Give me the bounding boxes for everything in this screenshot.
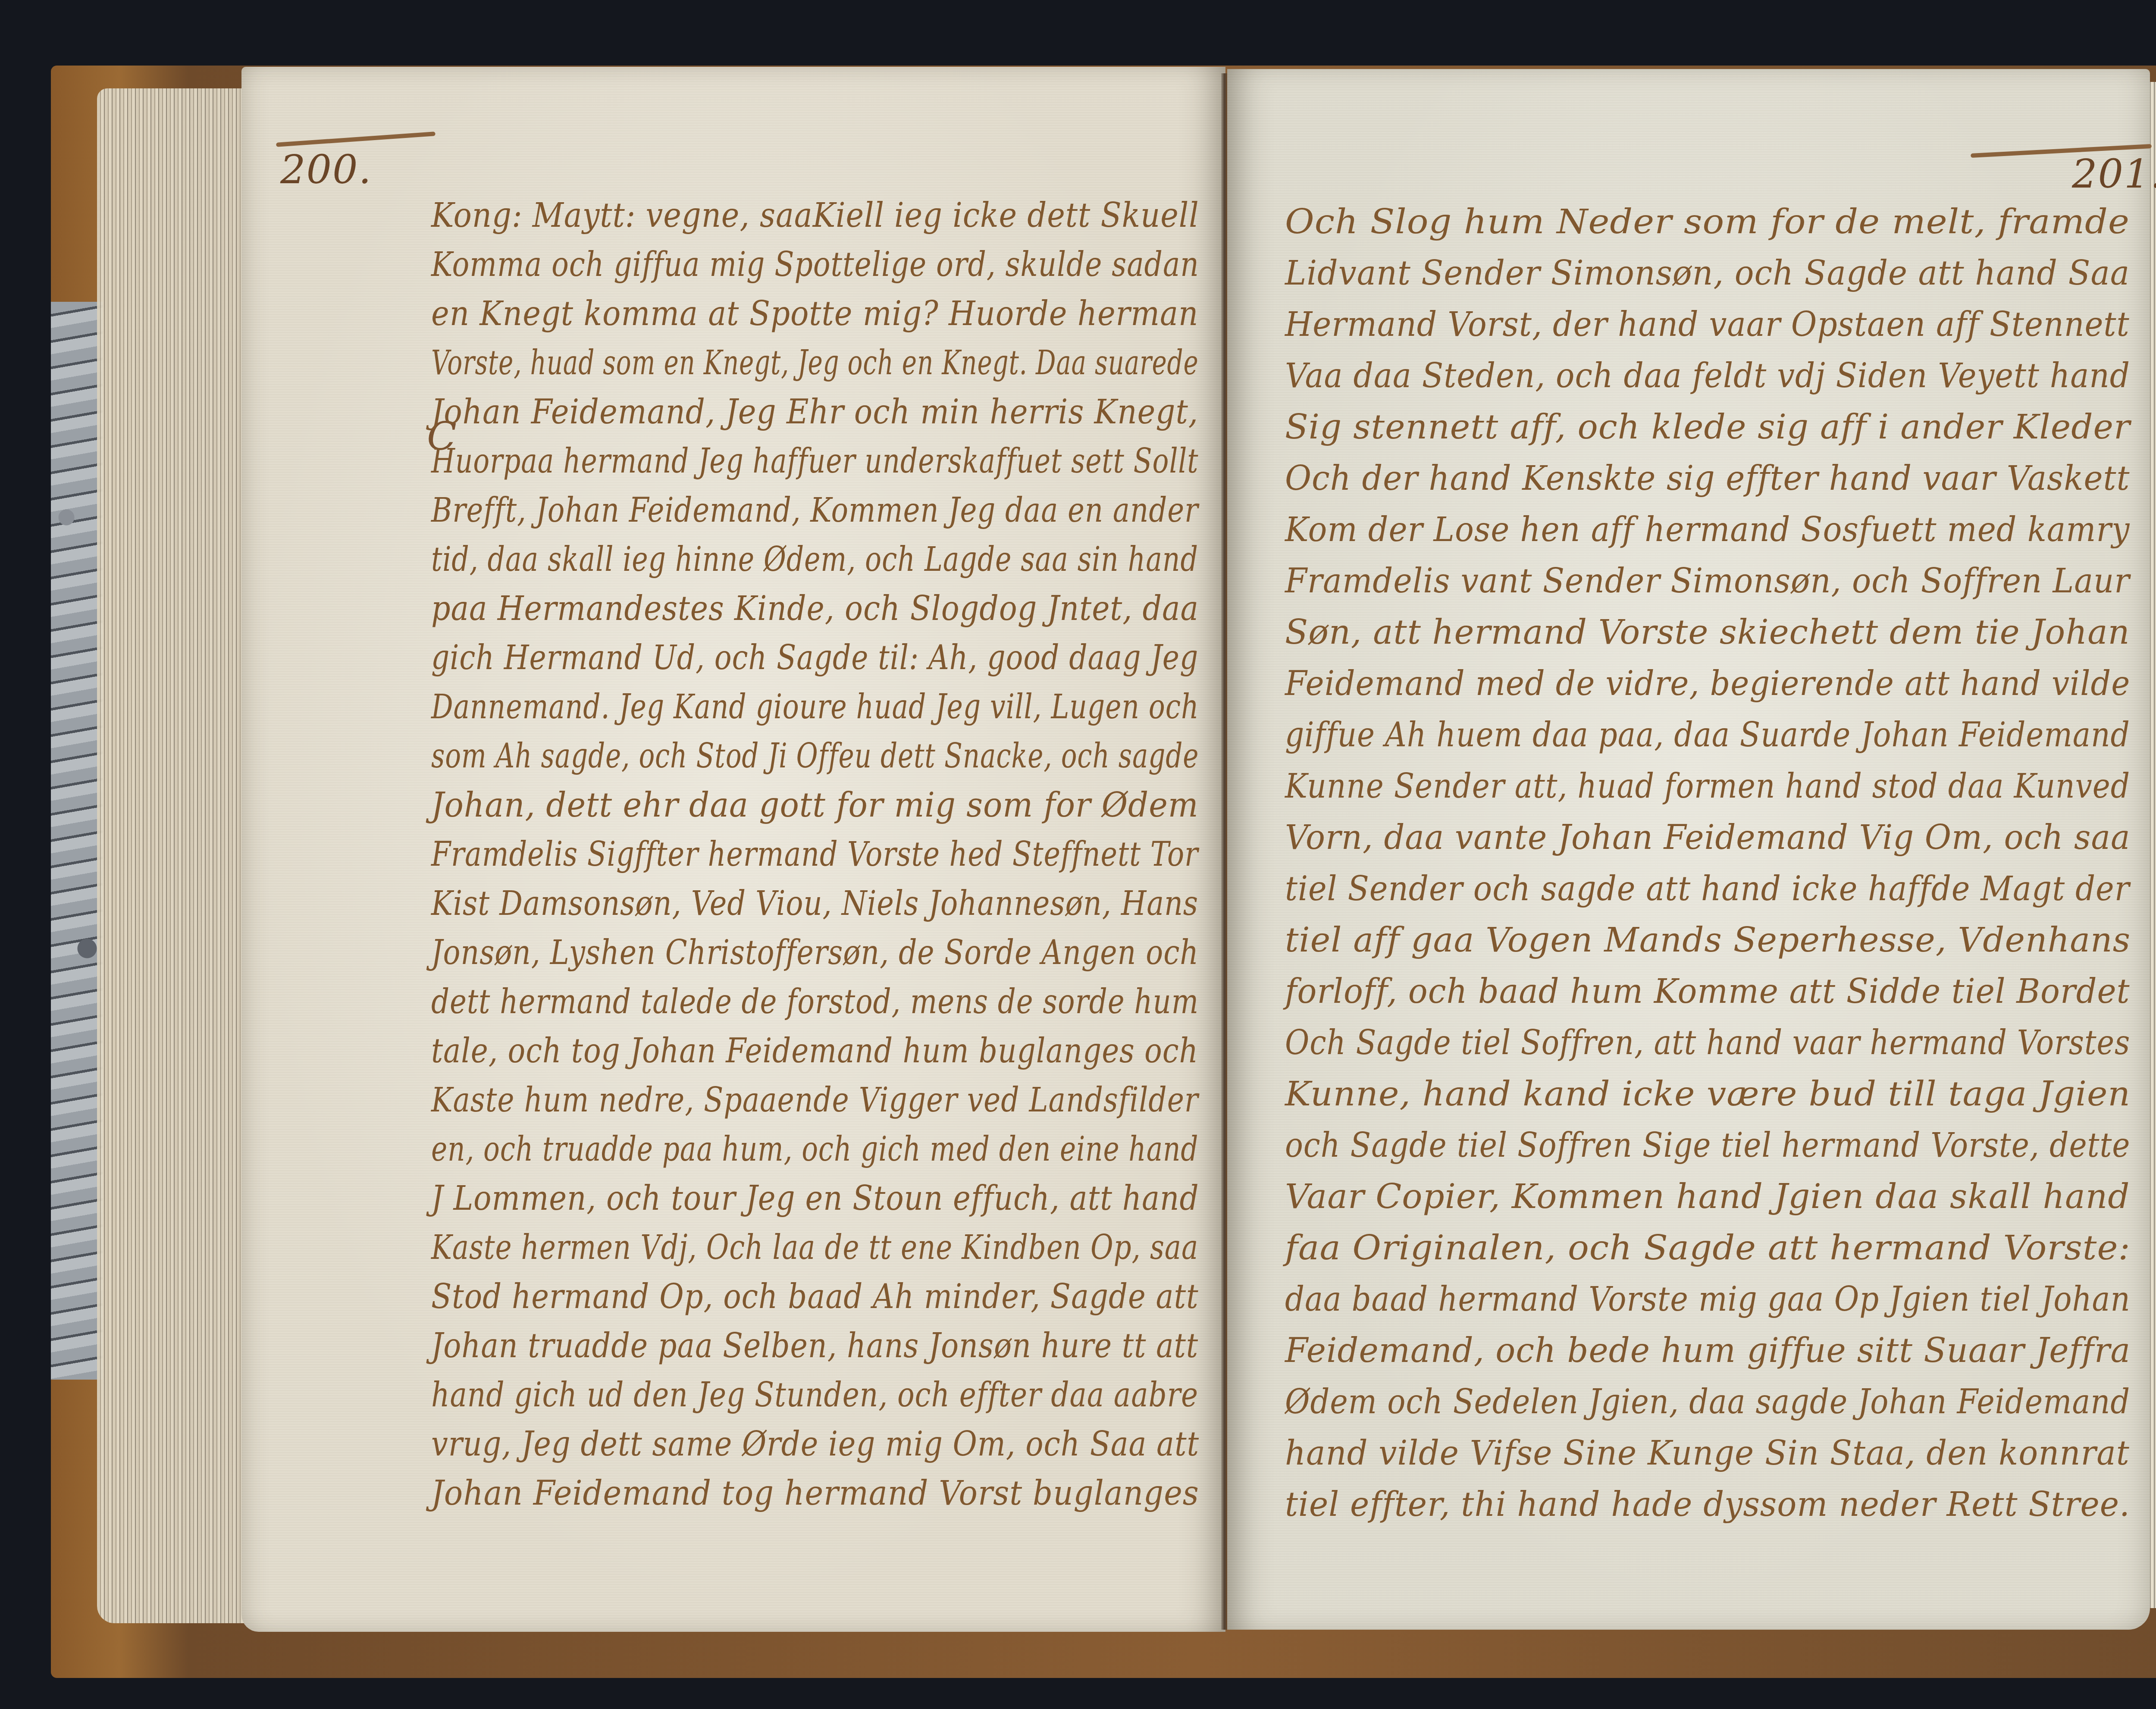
manuscript-line: en Knegt komma at Spotte mig? Huorde her… (431, 294, 1198, 333)
manuscript-line: Johan, dett ehr daa gott for mig som for… (431, 786, 1199, 825)
manuscript-line: Sig stennett aff, och klede sig aff i an… (1285, 408, 2131, 447)
manuscript-line: Johan Feidemand, Jeg Ehr och min herris … (431, 393, 1198, 432)
manuscript-line: och Sagde tiel Soffren Sige tiel hermand… (1285, 1126, 2130, 1165)
manuscript-line: hand gich ud den Jeg Stunden, och effter… (431, 1376, 1198, 1415)
manuscript-line: Kong: Maytt: vegne, saaKiell ieg icke de… (431, 196, 1199, 235)
manuscript-line: paa Hermandestes Kinde, och Slogdog Jnte… (431, 589, 1199, 628)
manuscript-line: Kunne, hand kand icke være bud till taga… (1285, 1075, 2131, 1114)
manuscript-line: Kunne Sender att, huad formen hand stod … (1285, 767, 2130, 806)
manuscript-line: Søn, att hermand Vorste skiechett dem ti… (1285, 613, 2130, 652)
page-edges-left (97, 88, 246, 1623)
manuscript-line: faa Originalen, och Sagde att hermand Vo… (1285, 1229, 2131, 1268)
manuscript-line: Och der hand Kenskte sig effter hand vaa… (1285, 459, 2130, 498)
manuscript-line: Jonsøn, Lyshen Christoffersøn, de Sorde … (431, 933, 1199, 972)
manuscript-line: Kaste hum nedre, Spaaende Vigger ved Lan… (431, 1081, 1198, 1120)
manuscript-line: Lidvant Sender Simonsøn, och Sagde att h… (1285, 254, 2130, 293)
manuscript-line: daa baad hermand Vorste mig gaa Op Jgien… (1285, 1280, 2131, 1319)
manuscript-line: Kaste hermen Vdj, Och laa de tt ene Kind… (431, 1228, 1198, 1267)
manuscript-line: Framdelis vant Sender Simonsøn, och Soff… (1285, 562, 2130, 601)
manuscript-line: Brefft, Johan Feidemand, Kommen Jeg daa … (431, 491, 1198, 530)
manuscript-line: Feidemand, och bede hum giffue sitt Suaa… (1285, 1331, 2131, 1370)
manuscript-line: Vorste, huad som en Knegt, Jeg och en Kn… (431, 344, 1199, 382)
manuscript-line: tiel effter, thi hand hade dyssom neder … (1285, 1485, 2130, 1524)
manuscript-line: Vaa daa Steden, och daa feldt vdj Siden … (1285, 357, 2130, 395)
manuscript-line: Stod hermand Op, och baad Ah minder, Sag… (431, 1277, 1199, 1316)
manuscript-line: hand vilde Vifse Sine Kunge Sin Staa, de… (1285, 1434, 2130, 1473)
page-number-left: 200. (280, 147, 372, 193)
manuscript-line: tiel aff gaa Vogen Mands Seperhesse, Vde… (1285, 921, 2131, 960)
manuscript-line: tale, och tog Johan Feidemand hum buglan… (431, 1032, 1198, 1070)
manuscript-line: Johan Feidemand tog hermand Vorst buglan… (431, 1474, 1199, 1513)
manuscript-line: J Lommen, och tour Jeg en Stoun effuch, … (431, 1179, 1199, 1218)
manuscript-line: Feidemand med de vidre, begierende att h… (1285, 664, 2130, 703)
manuscript-line: vrug, Jeg dett same Ørde ieg mig Om, och… (431, 1425, 1199, 1464)
manuscript-line: Kom der Lose hen aff hermand Sosfuett me… (1285, 510, 2130, 549)
manuscript-line: Hermand Vorst, der hand vaar Opstaen aff… (1285, 305, 2130, 344)
manuscript-line: tiel Sender och sagde att hand icke haff… (1285, 870, 2130, 908)
manuscript-line: Ødem och Sedelen Jgien, daa sagde Johan … (1285, 1383, 2130, 1421)
manuscript-line: Vorn, daa vante Johan Feidemand Vig Om, … (1285, 818, 2131, 857)
manuscript-line: Och Slog hum Neder som for de melt, fram… (1285, 203, 2130, 241)
manuscript-line: Vaar Copier, Kommen hand Jgien daa skall… (1285, 1177, 2130, 1216)
manuscript-line: som Ah sagde, och Stod Ji Offeu dett Sna… (431, 737, 1199, 776)
marbled-board-left (51, 302, 103, 1380)
manuscript-line: Och Sagde tiel Soffren, att hand vaar he… (1285, 1024, 2130, 1062)
manuscript-line: tid, daa skall ieg hinne Ødem, och Lagde… (431, 540, 1198, 579)
manuscript-line: giffue Ah huem daa paa, daa Suarde Johan… (1285, 716, 2130, 754)
manuscript-line: Framdelis Sigffter hermand Vorste hed St… (431, 835, 1198, 874)
manuscript-line: Komma och giffua mig Spottelige ord, sku… (431, 245, 1199, 284)
manuscript-line: Kist Damsonsøn, Ved Viou, Niels Johannes… (431, 884, 1198, 923)
manuscript-line: en, och truadde paa hum, och gich med de… (431, 1130, 1198, 1169)
manuscript-line: forloff, och baad hum Komme att Sidde ti… (1285, 972, 2130, 1011)
manuscript-line: Johan truadde paa Selben, hans Jonsøn hu… (431, 1327, 1198, 1365)
page-number-right: 201. (2072, 151, 2156, 197)
manuscript-line: Huorpaa hermand Jeg haffuer underskaffue… (431, 442, 1199, 481)
manuscript-line: gich Hermand Ud, och Sagde til: Ah, good… (431, 639, 1198, 677)
manuscript-line: Dannemand. Jeg Kand gioure huad Jeg vill… (431, 688, 1199, 726)
manuscript-line: dett hermand talede de forstod, mens de … (431, 983, 1199, 1021)
